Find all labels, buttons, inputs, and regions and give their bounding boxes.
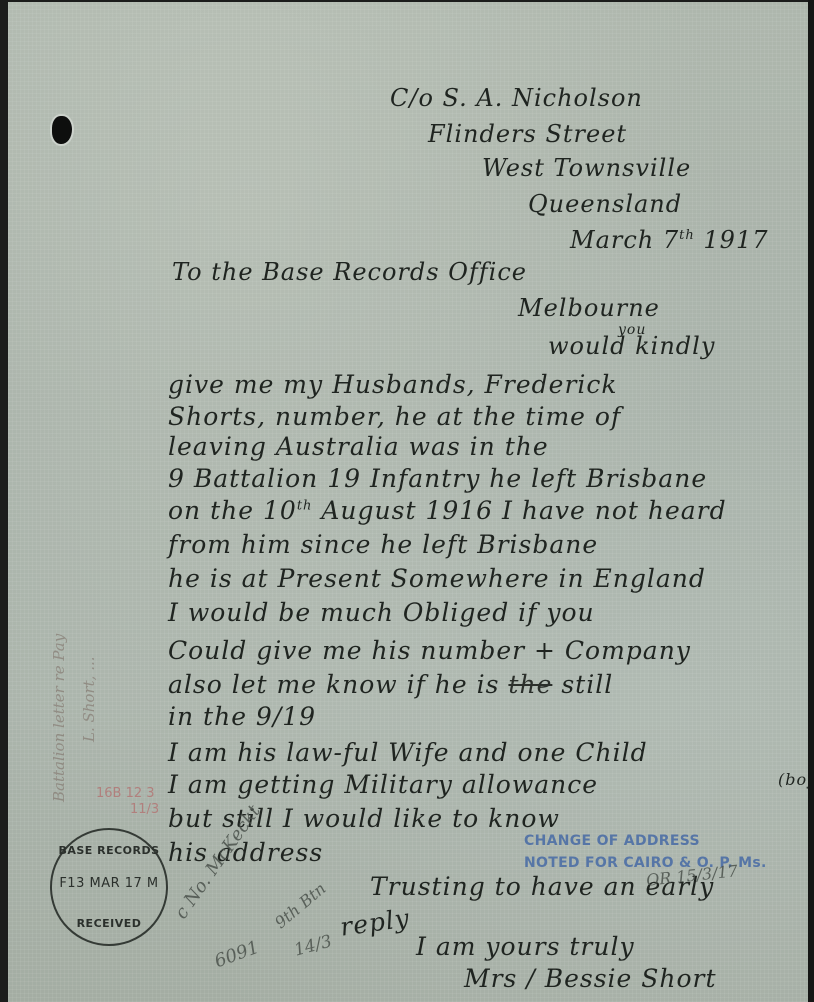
scan-edge [808,0,814,1002]
body-line-11: in the 9/19 [168,702,316,731]
body-line-6: from him since he left Brisbane [168,530,598,559]
body-line-10: also let me know if he is the still [168,670,613,699]
margin-note-2: L. Short, ... [80,656,98,742]
address-line-3: West Townsville [482,154,691,182]
address-line-1: C/o S. A. Nicholson [390,84,643,112]
pencil-unit: 9th Btn [271,879,330,932]
body-line-8: I would be much Obliged if you [168,598,595,627]
body-line-15: his address [168,838,323,867]
date-month-day: March 7 [570,226,679,254]
struck-word: the [508,670,552,699]
signature: Mrs / Bessie Short [464,964,717,993]
base-records-received-stamp: BASE RECORDS F13 MAR 17 M RECEIVED [50,828,168,946]
closing-line-3: I am yours truly [416,932,635,961]
body-line-10-end: still [552,670,613,699]
body-line-2: Shorts, number, he at the time of [168,402,621,431]
pencil-date: 14/3 [292,931,334,960]
stamp-date: F13 MAR 17 M [52,876,166,891]
recipient-line-1: To the Base Records Office [172,258,527,286]
stamp-top-text: BASE RECORDS [52,844,166,857]
date-suffix: th [679,228,695,243]
red-margin-mark-2: 11/3 [130,802,159,817]
body-line-5-start: on the 10 [168,496,297,525]
date-year: 1917 [703,226,768,254]
body-line-1: give me my Husbands, Frederick [168,370,618,399]
body-line-5-end: August 1916 I have not heard [312,496,726,525]
red-margin-mark: 16B 12 3 [96,786,155,801]
stamp-line-1: CHANGE OF ADDRESS [524,830,767,852]
body-line-0: would kindly [548,332,715,360]
margin-note-1: Battalion letter re Pay [50,634,68,802]
body-line-10-start: also let me know if he is [168,670,508,699]
stamp-bottom-text: RECEIVED [52,917,166,930]
body-line-5-suffix: th [297,499,313,514]
body-line-5: on the 10th August 1916 I have not heard [168,496,727,525]
letter-page: C/o S. A. Nicholson Flinders Street West… [8,2,808,1002]
body-line-13: I am getting Military allowance [168,770,598,799]
address-line-2: Flinders Street [428,120,627,148]
body-line-12: I am his law-ful Wife and one Child [168,738,648,767]
body-line-4: 9 Battalion 19 Infantry he left Brisbane [168,464,707,493]
hole-punch [52,116,72,144]
body-line-3: leaving Australia was in the [168,432,549,461]
letter-date: March 7th 1917 [570,226,768,254]
body-line-7: he is at Present Somewhere in England [168,564,706,593]
recipient-line-2: Melbourne [518,294,660,322]
address-line-4: Queensland [528,190,682,218]
pencil-number: 6091 [212,937,262,972]
body-line-9: Could give me his number + Company [168,636,691,665]
closing-line-2: reply [338,903,411,941]
